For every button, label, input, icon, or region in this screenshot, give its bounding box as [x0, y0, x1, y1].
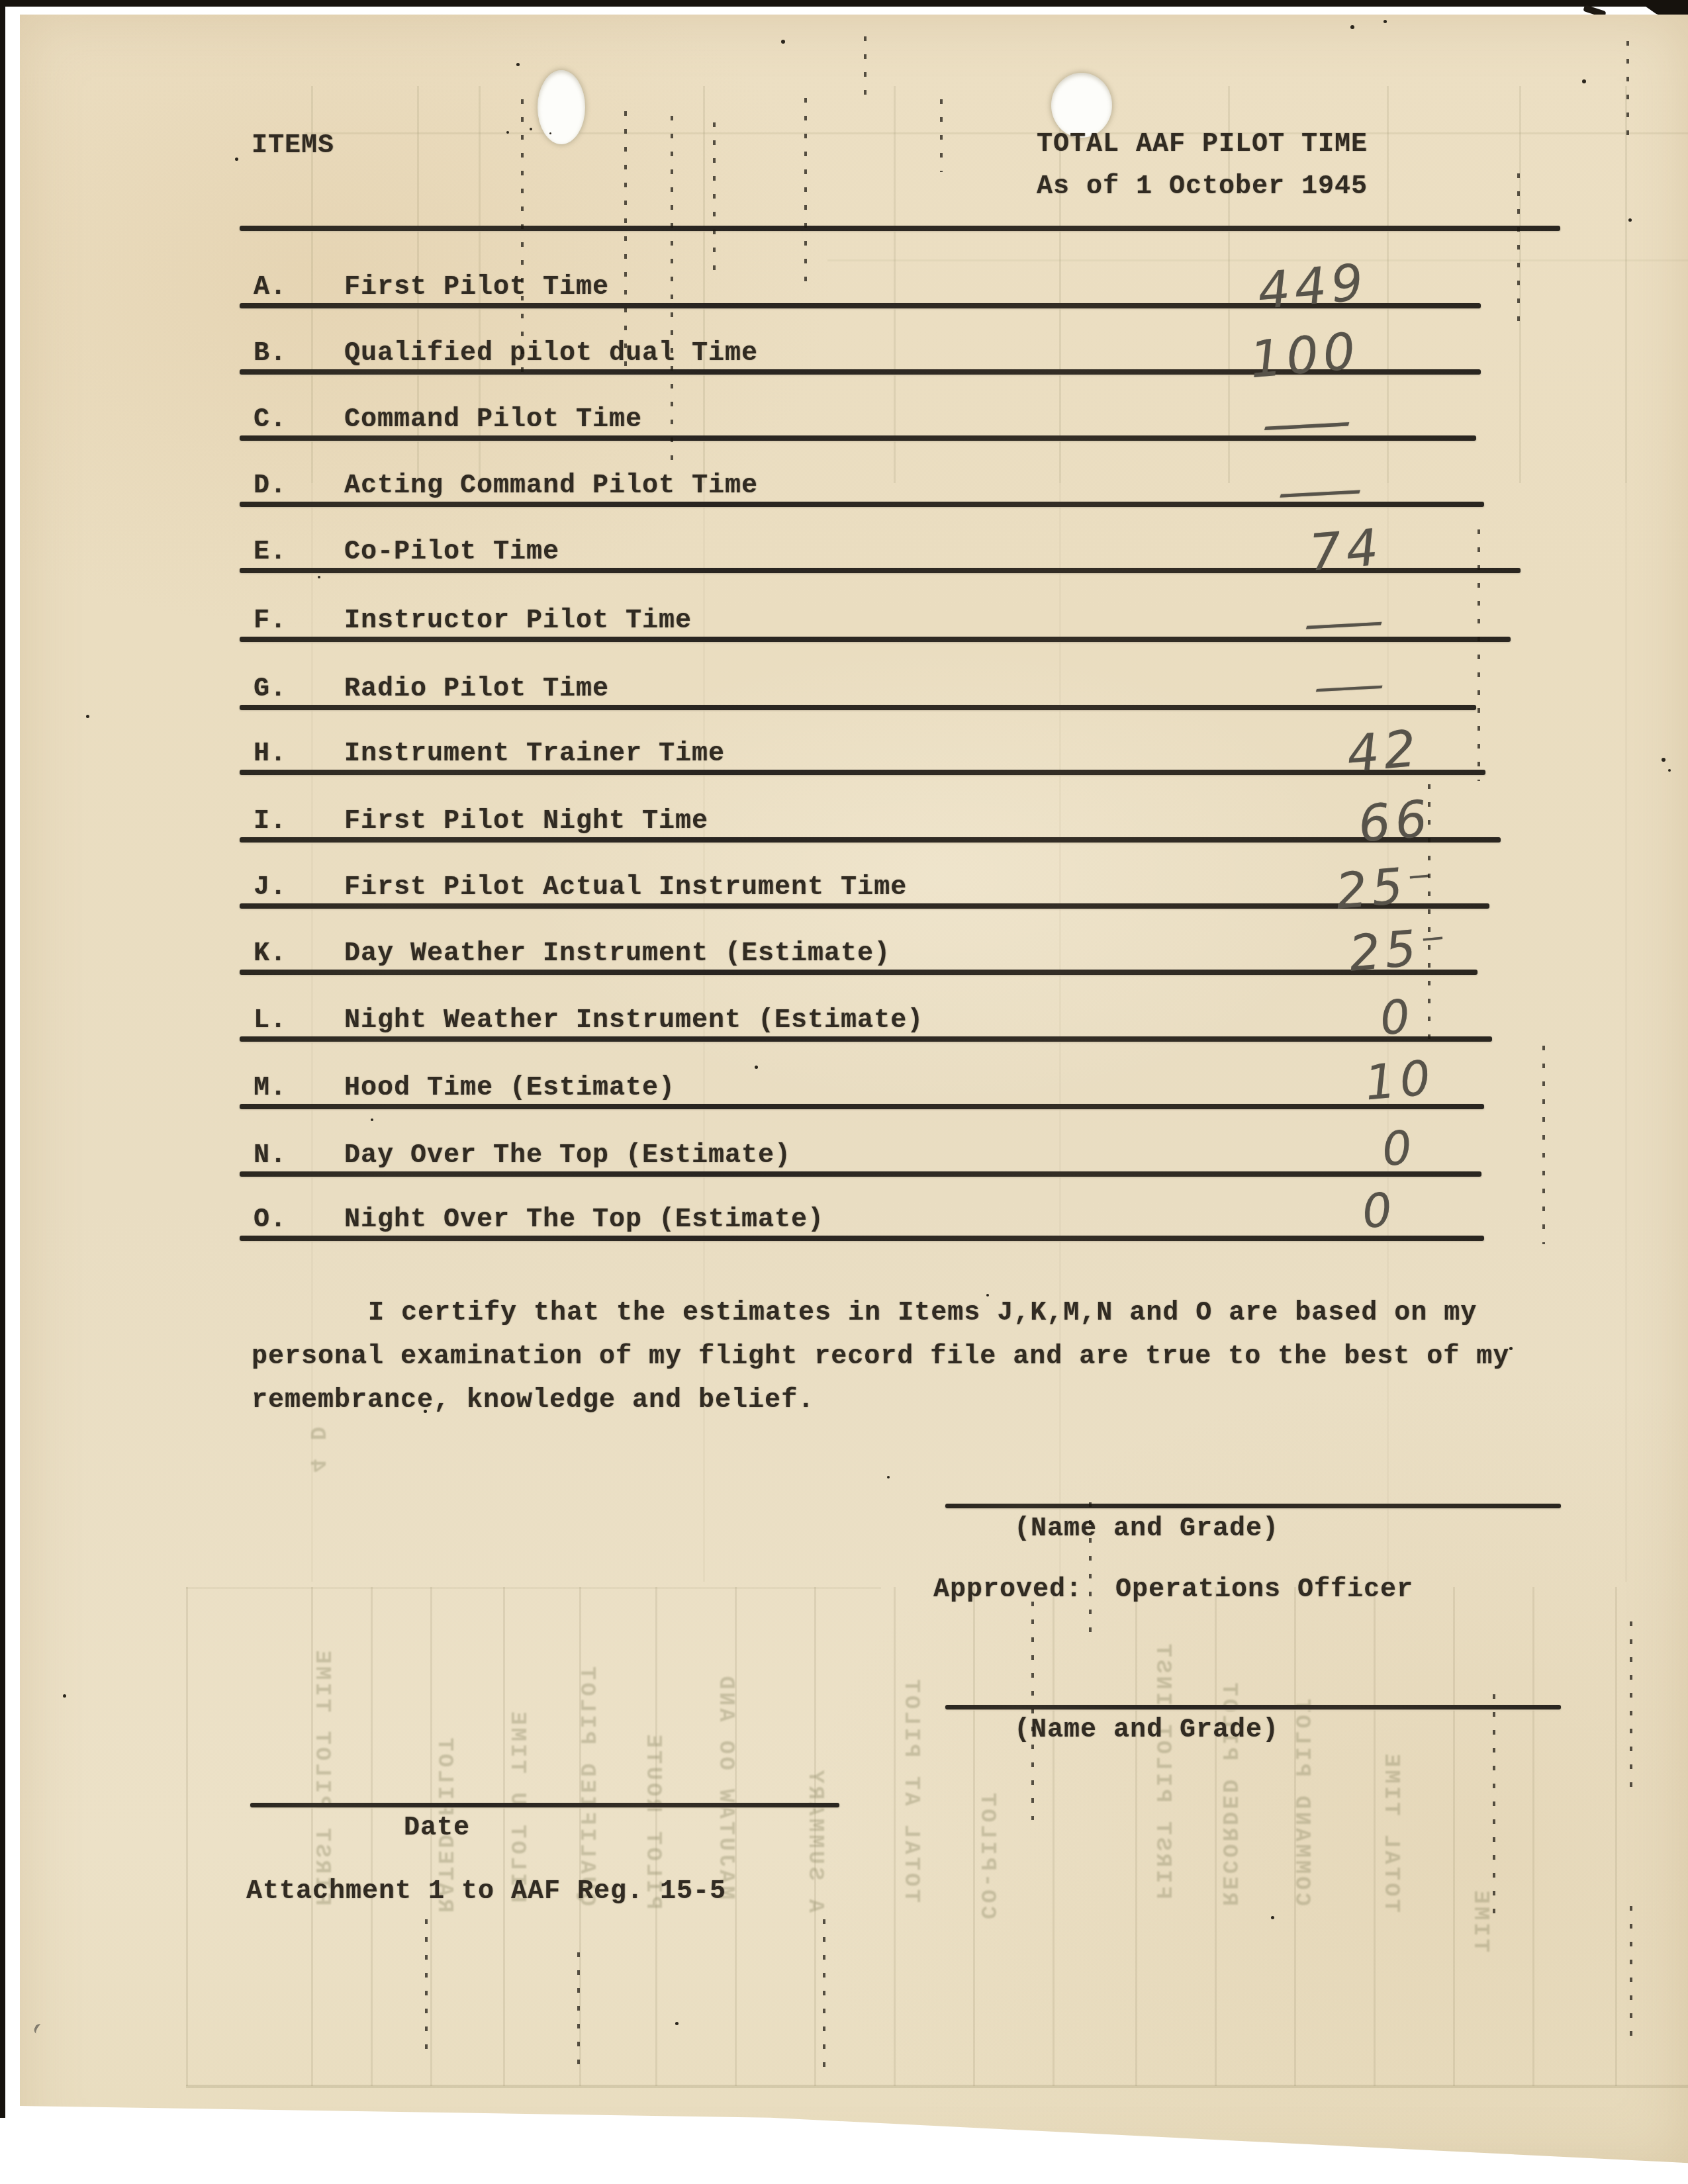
row-letter: I. [254, 807, 287, 837]
row-underline [240, 1236, 1484, 1241]
bleedthrough-word: COMMAND PILOT [1289, 1696, 1314, 1906]
row-label: Hood Time (Estimate) [344, 1073, 675, 1104]
row-underline [240, 837, 1501, 842]
certification-line-1: I certify that the estimates in Items J,… [368, 1298, 1477, 1329]
row-label: Day Over The Top (Estimate) [344, 1141, 791, 1171]
bleed-grid-vline [894, 1587, 896, 2086]
row-label: Command Pilot Time [344, 405, 642, 435]
ink-speck [1668, 769, 1671, 772]
row-label: Day Weather Instrument (Estimate) [344, 939, 890, 970]
row-letter: E. [254, 537, 287, 568]
bleed-grid-vline [703, 86, 705, 483]
row-underline [240, 705, 1476, 710]
ink-speck [86, 715, 89, 718]
row-value-handwritten: 25⁻ [1334, 854, 1440, 920]
ink-speck [530, 128, 532, 130]
ink-speck [1350, 25, 1354, 29]
bleed-grid-vline [1625, 483, 1627, 1582]
row-letter: O. [254, 1205, 287, 1236]
ink-dotted-trail [577, 1952, 580, 2071]
approved-label: Approved: Operations Officer [933, 1575, 1413, 1606]
ink-speck [781, 40, 785, 44]
bleed-grid-vline [1532, 1587, 1534, 2086]
scanner-edge-left [0, 0, 5, 2118]
row-label: Instrument Trainer Time [344, 739, 725, 770]
row-value-handwritten: — [1258, 392, 1363, 454]
row-letter: K. [254, 939, 287, 970]
row-value-handwritten: 74 [1307, 517, 1385, 582]
row-value-handwritten: — [1301, 594, 1395, 650]
ink-speck [599, 424, 602, 426]
row-value-handwritten: — [1274, 461, 1374, 520]
bleedthrough-word: FIRST PILOT TIME [309, 1648, 334, 1906]
row-label: Co-Pilot Time [344, 537, 559, 568]
row-underline [240, 1171, 1481, 1177]
ink-dotted-trail [1477, 529, 1480, 781]
date-caption: Date [404, 1813, 470, 1844]
row-label: Acting Command Pilot Time [344, 471, 758, 502]
bleed-grid-vline [1374, 1587, 1376, 2086]
ink-speck [424, 1410, 427, 1413]
row-label: Radio Pilot Time [344, 674, 609, 705]
ink-speck [1383, 20, 1387, 23]
row-letter: M. [254, 1073, 287, 1104]
ink-dotted-trail [713, 122, 716, 281]
row-underline [240, 770, 1485, 775]
bleed-grid-hline [186, 2085, 1688, 2088]
signature-line-top [945, 1504, 1561, 1508]
row-underline [240, 1104, 1484, 1109]
ink-speck [755, 1066, 758, 1069]
row-label: Night Over The Top (Estimate) [344, 1205, 824, 1236]
signature-line-bottom [945, 1705, 1561, 1709]
ink-dotted-trail [521, 99, 524, 377]
ink-dotted-trail [1031, 1602, 1034, 1820]
bleedthrough-word: TIME [1468, 1888, 1493, 1952]
ink-dotted-trail [864, 36, 867, 96]
row-value-handwritten: 0 [1380, 1120, 1419, 1177]
row-letter: B. [254, 339, 287, 369]
bleed-grid-vline [1053, 1587, 1055, 2086]
ink-speck [986, 1294, 989, 1297]
ink-dotted-trail [425, 1919, 428, 2058]
bleedthrough-word: TOTAL AT PILOT [898, 1676, 923, 1903]
ink-speck [318, 576, 320, 578]
bleedthrough-word: MAJUTAW OO AND [713, 1673, 738, 1899]
bleed-grid-vline [894, 86, 896, 483]
bleed-grid-vline [1453, 1587, 1455, 2086]
certification-line-2: personal examination of my flight record… [252, 1342, 1509, 1373]
document-subtitle: As of 1 October 1945 [1037, 172, 1368, 203]
row-underline [240, 903, 1489, 909]
row-letter: F. [254, 606, 287, 637]
bleedthrough-word: FIRST PILOT INST [1150, 1641, 1175, 1899]
document-title: TOTAL AAF PILOT TIME [1037, 130, 1368, 160]
ink-speck [235, 158, 238, 161]
bleedthrough-word: CO-PILOT [974, 1790, 1000, 1919]
header-rule [240, 226, 1560, 231]
items-heading: ITEMS [252, 131, 334, 161]
ink-speck [1628, 218, 1632, 222]
ink-speck [549, 132, 551, 134]
ink-dotted-trail [1428, 784, 1430, 1042]
scanner-edge-top [0, 0, 1688, 7]
attachment-caption: Attachment 1 to AAF Reg. 15-5 [246, 1877, 726, 1907]
bleed-grid-vline [311, 483, 313, 1582]
row-letter: D. [254, 471, 287, 502]
bleed-grid-vline [1059, 483, 1061, 1582]
ink-dotted-trail [823, 1919, 825, 2071]
ink-speck [675, 2022, 679, 2025]
row-value-handwritten: 10 [1363, 1050, 1438, 1111]
row-value-handwritten: — [1311, 661, 1395, 710]
ink-dotted-trail [624, 111, 627, 376]
bleed-grid-vline [1135, 1587, 1137, 2086]
row-value-handwritten: 66 [1356, 788, 1434, 853]
ink-dotted-trail [940, 99, 943, 172]
row-value-handwritten: 42 [1344, 718, 1423, 783]
row-value-handwritten: 25⁻ [1347, 917, 1454, 982]
row-letter: G. [254, 674, 287, 705]
row-letter: N. [254, 1141, 287, 1171]
row-letter: C. [254, 405, 287, 435]
ink-speck [63, 1694, 66, 1698]
row-label: First Pilot Time [344, 273, 609, 303]
name-grade-caption-top: (Name and Grade) [1014, 1514, 1279, 1545]
bleed-grid-hline [186, 1587, 881, 1589]
ink-speck [1662, 758, 1665, 762]
bleed-grid-vline [371, 1587, 373, 2086]
row-label: Night Weather Instrument (Estimate) [344, 1006, 923, 1036]
bleedthrough-word: 4 D [304, 1424, 329, 1473]
ink-dotted-trail [1542, 1046, 1545, 1244]
ink-speck [1582, 79, 1586, 83]
ink-speck [371, 1118, 373, 1121]
row-underline [240, 970, 1477, 975]
row-value-handwritten: 0 [1360, 1182, 1399, 1239]
row-label: Qualified pilot dual Time [344, 339, 758, 369]
ink-speck [516, 63, 520, 66]
row-label: First Pilot Actual Instrument Time [344, 873, 907, 903]
row-value-handwritten: 100 [1247, 321, 1362, 389]
date-line [250, 1803, 839, 1807]
ink-dotted-trail [1626, 41, 1629, 140]
ink-speck [1271, 1916, 1274, 1919]
ink-dotted-trail [1089, 1502, 1092, 1641]
ink-dotted-trail [1630, 1906, 1632, 2038]
bleedthrough-word: QUALIFIED PILOT [574, 1664, 599, 1906]
bleedthrough-word: TOTAL TIME [1378, 1751, 1403, 1913]
row-label: First Pilot Night Time [344, 807, 708, 837]
certification-line-3: remembrance, knowledge and belief. [252, 1386, 814, 1416]
ink-dotted-trail [671, 116, 673, 467]
row-value-handwritten: 449 [1255, 252, 1370, 320]
bleed-grid-vline [186, 1587, 188, 2086]
bleedthrough-word: RECORDED PILOT [1216, 1680, 1241, 1906]
punch-hole-left [538, 70, 585, 144]
row-value-handwritten: 0 [1378, 989, 1417, 1046]
row-letter: J. [254, 873, 287, 903]
bleed-grid-vline [1615, 1587, 1617, 2086]
ink-speck [1509, 1347, 1513, 1350]
bleed-grid-vline [1625, 86, 1627, 483]
row-underline [240, 1036, 1492, 1042]
punch-hole-right [1051, 73, 1112, 138]
name-grade-caption-bottom: (Name and Grade) [1014, 1715, 1279, 1746]
ink-speck [887, 1476, 890, 1479]
ink-speck [506, 131, 509, 134]
row-label: Instructor Pilot Time [344, 606, 692, 637]
ink-dotted-trail [804, 98, 807, 283]
bleed-grid-hline [305, 132, 1688, 134]
ink-dotted-trail [1630, 1621, 1632, 1794]
row-letter: H. [254, 739, 287, 770]
bleedthrough-word: A SUMMARY [802, 1767, 827, 1913]
row-letter: L. [254, 1006, 287, 1036]
ink-dotted-trail [1517, 173, 1520, 326]
row-letter: A. [254, 273, 287, 303]
bleed-grid-vline [1387, 86, 1389, 483]
scanned-page: { "header": { "items_label": "ITEMS", "t… [0, 0, 1688, 2184]
ink-dotted-trail [1493, 1694, 1495, 1919]
